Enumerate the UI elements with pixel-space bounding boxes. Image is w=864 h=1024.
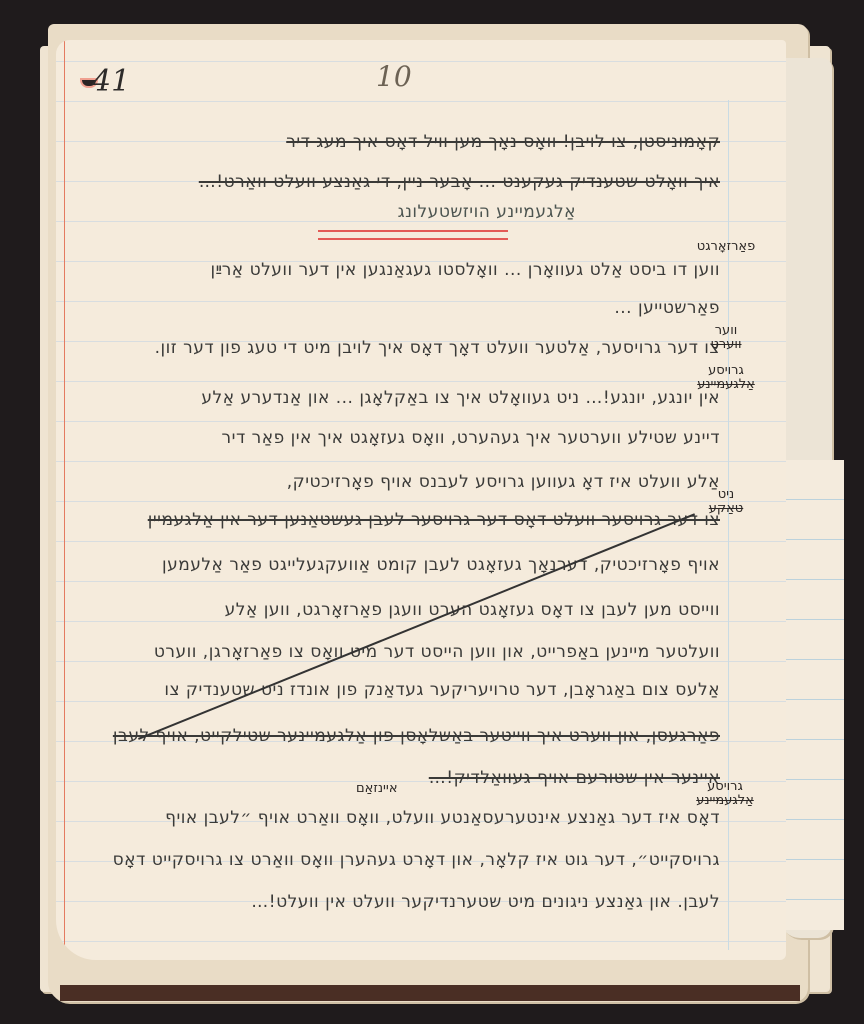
book-binding	[60, 985, 800, 1001]
page-number: 10	[376, 60, 412, 93]
text-line: איך וואָלט שטענדיק געקענט ... אָבער ניין…	[199, 172, 720, 192]
text-line: צו דער גרויסער וועלט דאָס דער גרויסער לע…	[148, 510, 720, 530]
manuscript-page: 41 10 קאָמוניסטן, צו לויבן! וואָס נאָך מ…	[56, 40, 786, 960]
margin-note: פאַרזאָרגט	[696, 240, 756, 254]
text-line: אַלעס צום באַגראָבן, דער טרויעריקער געדא…	[164, 680, 720, 700]
title-underline	[318, 230, 508, 240]
section-title: אַלגעמיינע הויזשטעלונג	[398, 202, 576, 222]
text-line: פאַרשטייען ...	[614, 298, 720, 318]
interlinear-note: איינזאַם	[356, 782, 398, 796]
margin-rule	[728, 100, 729, 950]
text-line: דאָס איז דער גאַנצע אינטערעסאַנטע וועלט,…	[165, 808, 720, 828]
text-line: אין יונגע, יונגע!… ניט געוואָלט איך צו ב…	[201, 388, 720, 408]
text-line: צו דער גרויסער, אַלטער וועלט דאָך דאָס א…	[155, 338, 720, 358]
margin-note-text: פאַרזאָרגט	[697, 239, 755, 254]
margin-note-text: גרויסע	[707, 779, 743, 794]
folio-number: 41	[92, 64, 130, 99]
text-line: פאַרגעסן, און ווערט איך ווייטער באַשלאָס…	[113, 726, 720, 746]
text-line: דיינע שטילע ווערטער איך געהערט, וואָס גע…	[222, 428, 720, 448]
margin-note-struck: טאַקע	[696, 502, 756, 516]
text-line: וועלטער מיינען באַפרייט, און ווען הייסט …	[154, 642, 720, 662]
inserted-slip	[782, 460, 844, 930]
text-line: גרויסקייט״, דער גוט איז קלאָר, און דאָרט…	[113, 850, 720, 870]
text-line: לעבן. און גאַנצע ניגונים מיט שטערנדיקער …	[251, 892, 720, 912]
text-line: אויף פאָרזיכטיק, דערנאָך געזאָגט לעבן קו…	[162, 555, 720, 575]
margin-note-text: ווער	[715, 323, 738, 338]
margin-note: גרויסע אַלגעמיינע	[690, 780, 760, 809]
margin-note-text: גרויסע	[708, 363, 744, 378]
text-line: ווען דו ביסט אַלט געוואָרן ... וואָלסטו …	[210, 260, 720, 280]
margin-note-struck: ווערט	[696, 338, 756, 352]
margin-note-struck: אַלגעמיינע	[690, 794, 760, 808]
margin-note-text: ניט	[718, 487, 735, 502]
margin-note: גרויסע אַלגעמיינע	[696, 364, 756, 393]
deletion-stroke	[138, 513, 695, 740]
margin-note: ניט טאַקע	[696, 488, 756, 517]
text-line: אַלע וועלט איז דאָ געווען גרויסע לעבנס א…	[287, 472, 720, 492]
margin-note-struck: אַלגעמיינע	[696, 378, 756, 392]
margin-note: ווער ווערט	[696, 324, 756, 353]
text-line: איינער אין שטורעם אויף געוואַלדיק!…	[429, 768, 720, 788]
text-line: קאָמוניסטן, צו לויבן! וואָס נאָך מען ווי…	[286, 132, 720, 152]
